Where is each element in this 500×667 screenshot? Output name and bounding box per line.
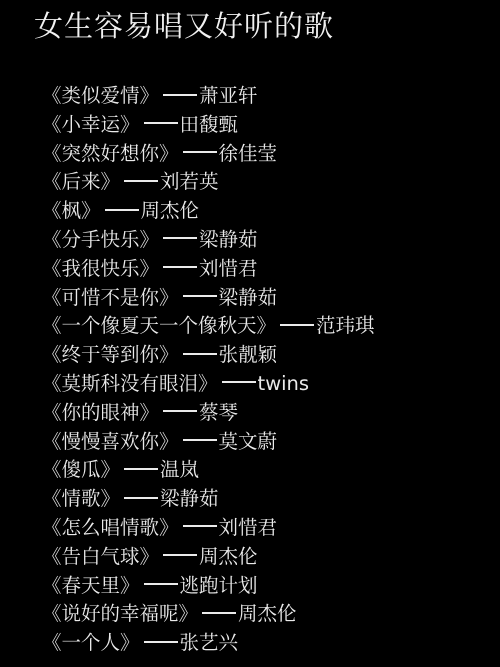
song-artist: 范玮琪 [316, 314, 375, 337]
song-artist: 徐佳莹 [219, 142, 278, 165]
dash-separator [163, 554, 197, 556]
song-artist: 逃跑计划 [180, 574, 258, 597]
song-item: 告白气球周杰伦 [42, 543, 375, 572]
song-artist: 张靓颖 [219, 343, 278, 366]
song-item: 傻瓜温岚 [42, 456, 375, 485]
song-item: 说好的幸福呢周杰伦 [42, 600, 375, 629]
song-item: 一个像夏天一个像秋天范玮琪 [42, 312, 375, 341]
dash-separator [124, 468, 158, 470]
song-item: 莫斯科没有眼泪twins [42, 370, 375, 399]
song-title: 终于等到你 [42, 343, 179, 366]
song-item: 可惜不是你梁静茹 [42, 284, 375, 313]
song-item: 类似爱情萧亚轩 [42, 82, 375, 111]
dash-separator [163, 94, 197, 96]
song-title: 傻瓜 [42, 458, 120, 481]
song-title: 你的眼神 [42, 401, 159, 424]
song-title: 枫 [42, 199, 101, 222]
song-artist: 周杰伦 [199, 545, 258, 568]
song-artist: 梁静茹 [219, 286, 278, 309]
song-item: 一个人张艺兴 [42, 629, 375, 658]
dash-separator [183, 525, 217, 527]
song-title: 一个像夏天一个像秋天 [42, 314, 276, 337]
song-item: 突然好想你徐佳莹 [42, 140, 375, 169]
dash-separator [144, 583, 178, 585]
song-artist: 梁静茹 [160, 487, 219, 510]
dash-separator [183, 295, 217, 297]
dash-separator [163, 266, 197, 268]
song-artist: 蔡琴 [199, 401, 238, 424]
song-item: 后来刘若英 [42, 168, 375, 197]
song-title: 一个人 [42, 631, 140, 654]
song-item: 小幸运田馥甄 [42, 111, 375, 140]
page-title: 女生容易唱又好听的歌 [34, 6, 334, 46]
song-title: 说好的幸福呢 [42, 602, 198, 625]
dash-separator [144, 122, 178, 124]
song-item: 枫周杰伦 [42, 197, 375, 226]
song-title: 类似爱情 [42, 84, 159, 107]
song-item: 终于等到你张靓颖 [42, 341, 375, 370]
song-item: 情歌梁静茹 [42, 485, 375, 514]
song-list: 类似爱情萧亚轩 小幸运田馥甄 突然好想你徐佳莹 后来刘若英 枫周杰伦 分手快乐梁… [42, 82, 375, 658]
song-artist: 梁静茹 [199, 228, 258, 251]
dash-separator [105, 209, 139, 211]
song-artist: 温岚 [160, 458, 199, 481]
song-title: 可惜不是你 [42, 286, 179, 309]
song-title: 后来 [42, 170, 120, 193]
dash-separator [202, 612, 236, 614]
song-artist: 田馥甄 [180, 113, 239, 136]
dash-separator [183, 151, 217, 153]
song-artist: 莫文蔚 [219, 430, 278, 453]
dash-separator [144, 641, 178, 643]
song-title: 我很快乐 [42, 257, 159, 280]
song-item: 你的眼神蔡琴 [42, 399, 375, 428]
song-artist: 刘惜君 [199, 257, 258, 280]
song-title: 告白气球 [42, 545, 159, 568]
song-artist: 周杰伦 [141, 199, 200, 222]
song-title: 春天里 [42, 574, 140, 597]
song-title: 分手快乐 [42, 228, 159, 251]
song-artist: 张艺兴 [180, 631, 239, 654]
dash-separator [222, 381, 256, 383]
song-title: 慢慢喜欢你 [42, 430, 179, 453]
dash-separator [163, 410, 197, 412]
dash-separator [183, 439, 217, 441]
song-artist: 刘若英 [160, 170, 219, 193]
song-item: 我很快乐刘惜君 [42, 255, 375, 284]
song-artist: 萧亚轩 [199, 84, 258, 107]
dash-separator [124, 497, 158, 499]
dash-separator [124, 180, 158, 182]
song-artist: 刘惜君 [219, 516, 278, 539]
song-title: 莫斯科没有眼泪 [42, 372, 218, 395]
song-item: 春天里逃跑计划 [42, 572, 375, 601]
song-title: 情歌 [42, 487, 120, 510]
song-artist: twins [258, 372, 310, 395]
song-title: 怎么唱情歌 [42, 516, 179, 539]
song-item: 分手快乐梁静茹 [42, 226, 375, 255]
song-item: 慢慢喜欢你莫文蔚 [42, 428, 375, 457]
dash-separator [183, 353, 217, 355]
song-item: 怎么唱情歌刘惜君 [42, 514, 375, 543]
song-title: 突然好想你 [42, 142, 179, 165]
dash-separator [280, 324, 314, 326]
song-artist: 周杰伦 [238, 602, 297, 625]
song-title: 小幸运 [42, 113, 140, 136]
dash-separator [163, 237, 197, 239]
